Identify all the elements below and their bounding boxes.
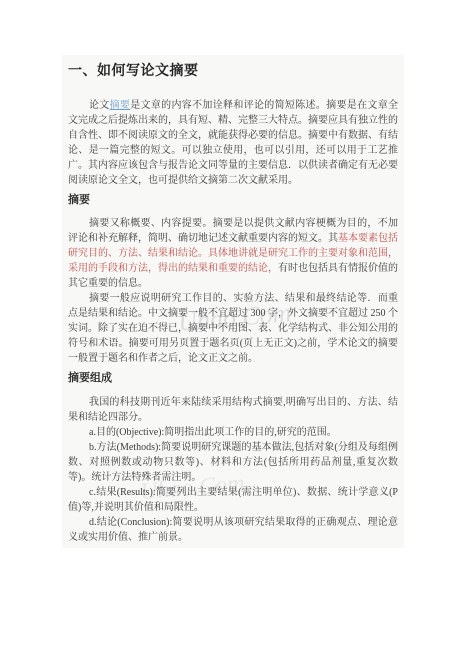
heading-abstract: 摘要: [68, 193, 398, 208]
document-canvas: Uhao.Com Uhao.Com 一、如何写论文摘要 论文摘要是文章的内容不加…: [0, 0, 474, 670]
intro-text-before-link: 论文: [89, 100, 110, 111]
list-item-results: c.结果(Results):简要列出主要结果(需注明单位)、数据、统计学意义(P…: [68, 485, 398, 515]
page-title: 一、如何写论文摘要: [68, 62, 398, 82]
list-item-objective: a.目的(Objective):简明指出此项工作的目的,研究的范围。: [68, 425, 398, 440]
paragraph-definition: 摘要又称概要、内容提要。摘要是以提供文献内容梗概为目的，不加评论和补充解释，简明…: [68, 216, 398, 291]
paragraph-guidelines: 摘要一般应说明研究工作目的、实验方法、结果和最终结论等．而重点是结果和结论。中文…: [68, 291, 398, 366]
list-item-methods: b.方法(Methods):简要说明研究课题的基本做法,包括对象(分组及每组例数…: [68, 440, 398, 485]
paragraph-composition-intro: 我国的科技期刊近年来陆续采用结构式摘要,明确写出目的、方法、结果和结论四部分。: [68, 395, 398, 425]
heading-composition: 摘要组成: [68, 371, 398, 386]
list-item-conclusion: d.结论(Conclusion):简要说明从该项研究结果取得的正确观点、理论意义…: [68, 515, 398, 545]
abstract-hyperlink[interactable]: 摘要: [110, 100, 131, 111]
document-page: Uhao.Com Uhao.Com 一、如何写论文摘要 论文摘要是文章的内容不加…: [62, 55, 404, 548]
paragraph-intro: 论文摘要是文章的内容不加诠释和评论的简短陈述。摘要是在文章全文完成之后提炼出来的…: [68, 98, 398, 188]
intro-text-after-link: 是文章的内容不加诠释和评论的简短陈述。摘要是在文章全文完成之后提炼出来的，具有短…: [68, 100, 398, 186]
